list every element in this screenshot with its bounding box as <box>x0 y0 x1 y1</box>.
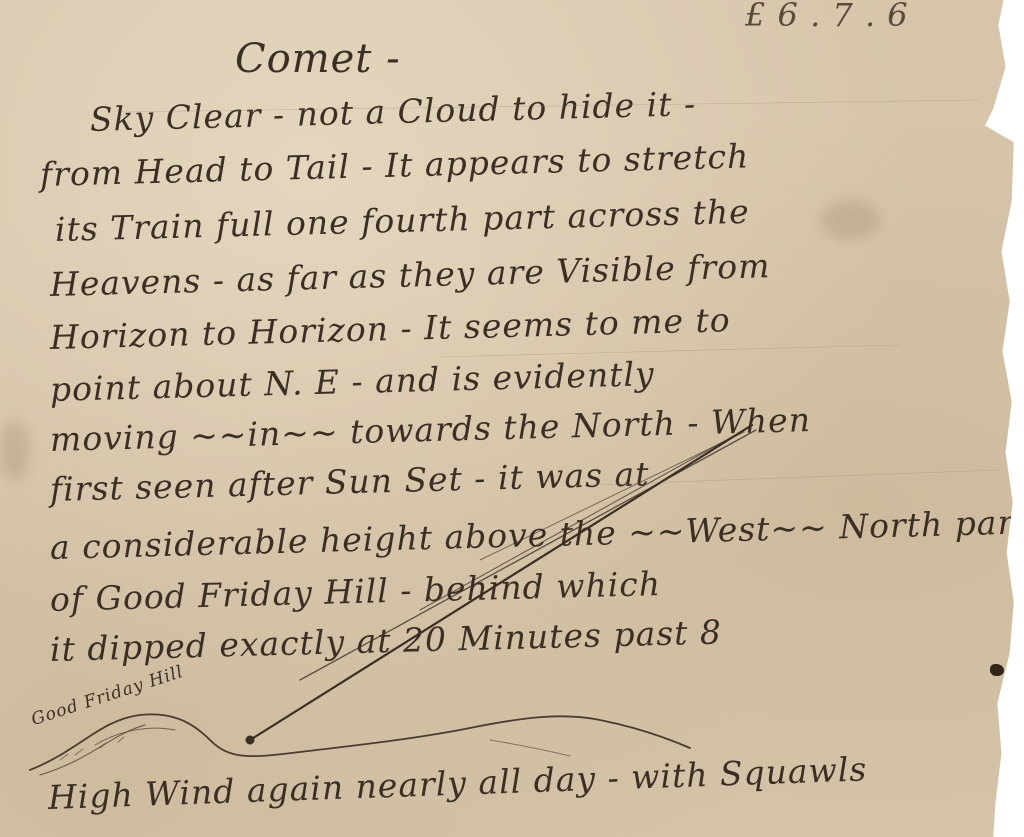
manuscript-line-2: from Head to Tail - It appears to stretc… <box>39 136 749 194</box>
manuscript-line-4: Heavens - as far as they are Visible fro… <box>49 246 770 304</box>
manuscript-line-10: of Good Friday Hill - behind which <box>49 564 661 619</box>
manuscript-page: £ 6 . 7 . 6 Comet - Sky Clear - not a Cl… <box>0 0 1024 837</box>
manuscript-line-3: its Train full one fourth part across th… <box>54 192 750 249</box>
sketch-label: Good Friday Hill <box>29 662 186 730</box>
manuscript-line-5: Horizon to Horizon - It seems to me to <box>49 300 731 357</box>
currency-amount: £ 6 . 7 . 6 <box>745 0 909 34</box>
manuscript-line-1: Sky Clear - not a Cloud to hide it - <box>89 84 696 139</box>
page-title: Comet - <box>235 36 401 82</box>
burn-mark <box>990 664 1004 676</box>
manuscript-line-6: point about N. E - and is evidently <box>49 354 655 409</box>
manuscript-final-line: High Wind again nearly all day - with Sq… <box>47 749 868 817</box>
water-stain <box>0 420 30 480</box>
water-stain <box>820 200 880 240</box>
manuscript-line-8: first seen after Sun Set - it was at <box>49 454 649 509</box>
manuscript-line-7: moving ~~in~~ towards the North - When <box>49 400 811 459</box>
manuscript-line-9: a considerable height above the ~~West~~… <box>49 502 1024 567</box>
manuscript-line-11: it dipped exactly at 20 Minutes past 8 <box>49 612 722 669</box>
